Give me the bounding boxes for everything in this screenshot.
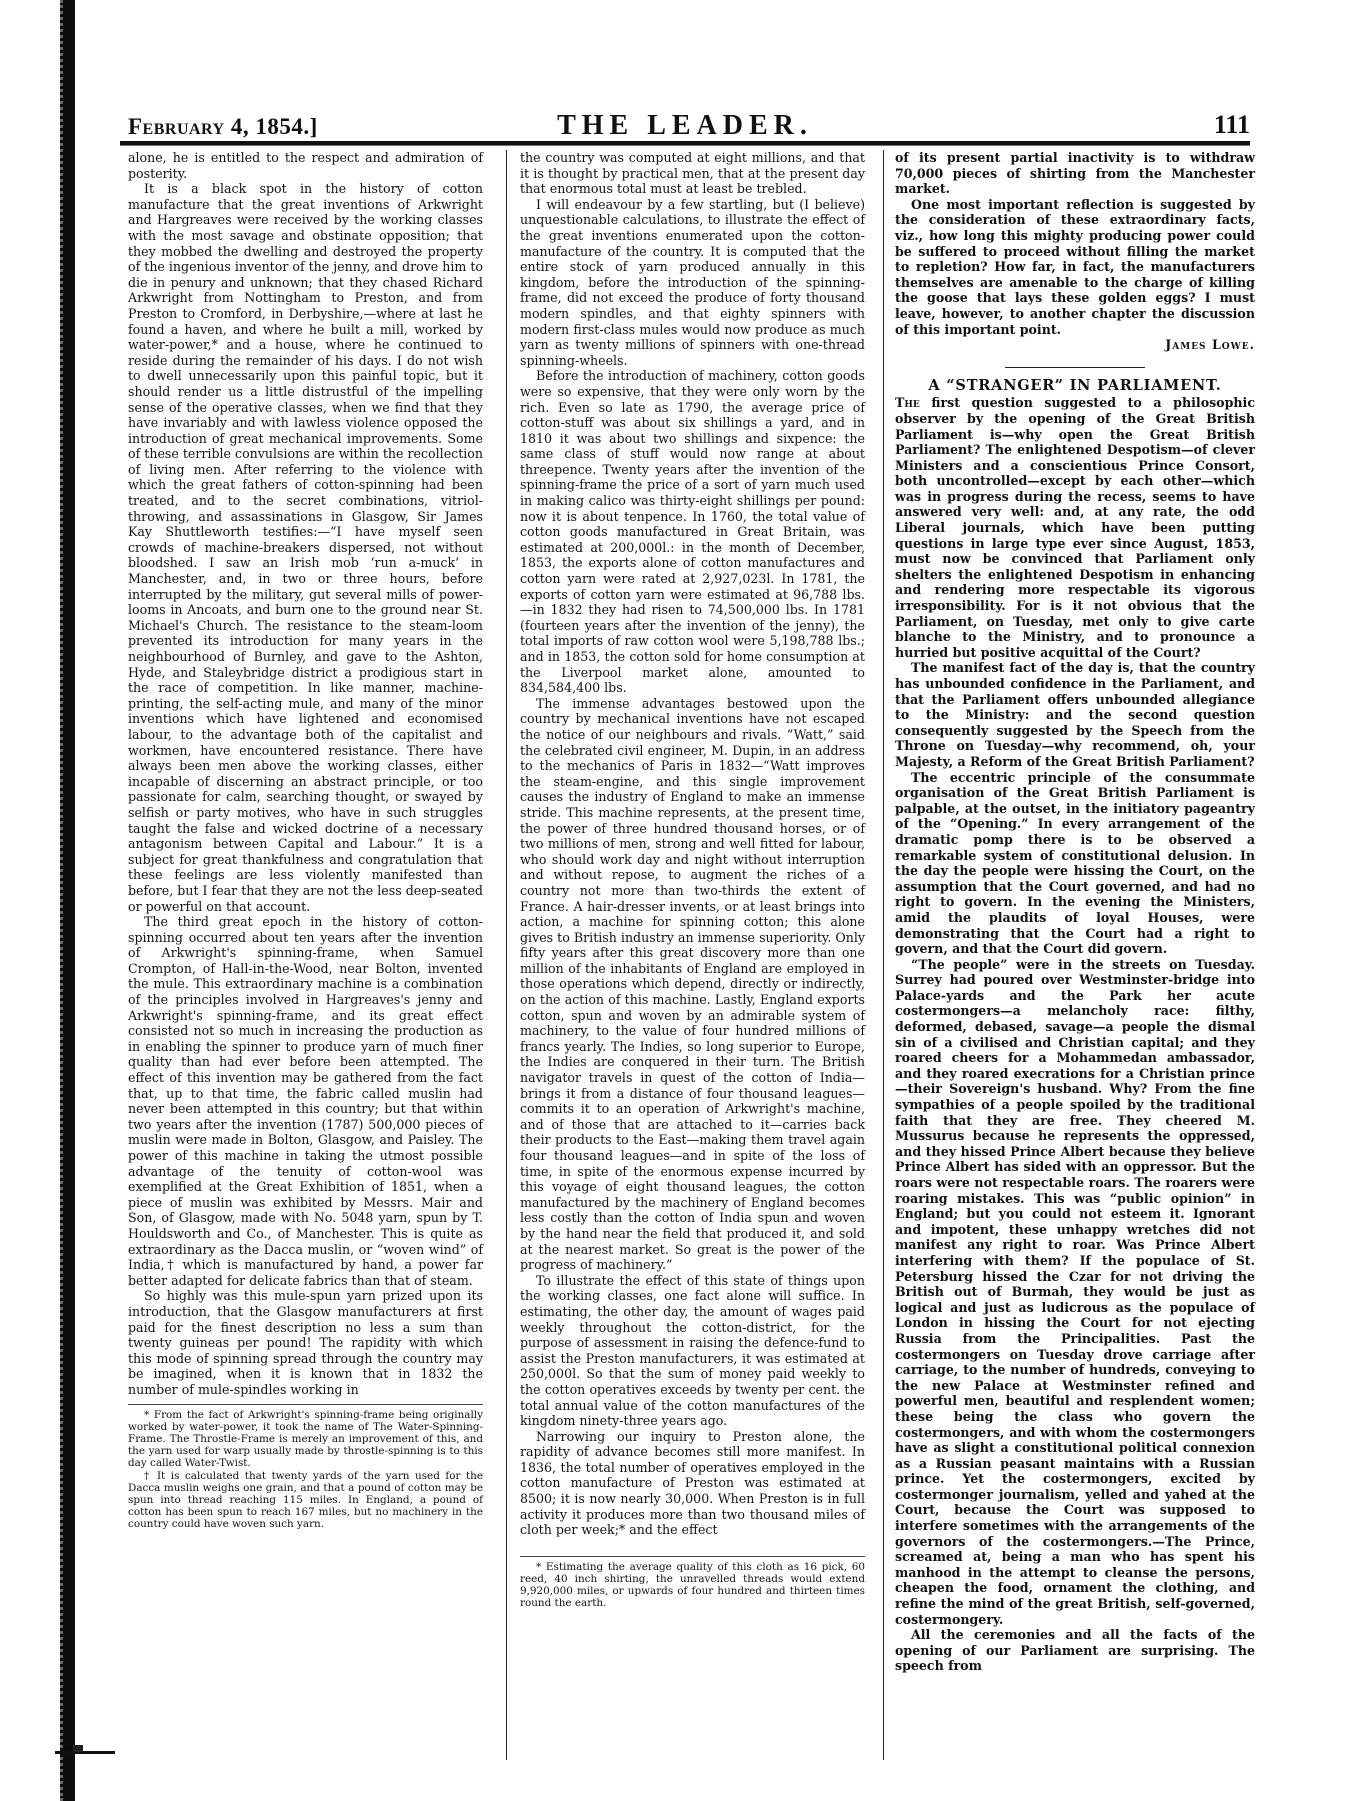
- paragraph: It is a black spot in the history of cot…: [128, 181, 483, 914]
- newspaper-title: THE LEADER.: [120, 110, 1250, 142]
- footnote: * Estimating the average quality of this…: [520, 1561, 865, 1610]
- lead-word: The: [895, 395, 920, 410]
- paragraph: the country was computed at eight millio…: [520, 150, 865, 197]
- footnote: † It is calculated that twenty yards of …: [128, 1470, 483, 1531]
- column-2-footnotes: * Estimating the average quality of this…: [520, 1561, 865, 1610]
- page-number: 111: [1214, 110, 1250, 140]
- column-2: the country was computed at eight millio…: [520, 150, 865, 1610]
- paragraph: To illustrate the effect of this state o…: [520, 1273, 865, 1429]
- column-divider: [506, 150, 507, 1760]
- paragraph: “The people” were in the streets on Tues…: [895, 957, 1255, 1628]
- footnote: * From the fact of Arkwright's spinning-…: [128, 1409, 483, 1470]
- column-1-body: alone, he is entitled to the respect and…: [128, 150, 483, 1398]
- paragraph: The manifest fact of the day is, that th…: [895, 660, 1255, 769]
- column-1-footnotes: * From the fact of Arkwright's spinning-…: [128, 1409, 483, 1531]
- masthead: February 4, 1854.] THE LEADER. 111: [120, 108, 1250, 142]
- paragraph: All the ceremonies and all the facts of …: [895, 1627, 1255, 1674]
- column-3-article-body: The manifest fact of the day is, that th…: [895, 660, 1255, 1674]
- article-lead-paragraph: The first question suggested to a philos…: [895, 395, 1255, 660]
- column-2-body: the country was computed at eight millio…: [520, 150, 865, 1538]
- paragraph: alone, he is entitled to the respect and…: [128, 150, 483, 181]
- paragraph: The eccentric principle of the consummat…: [895, 770, 1255, 957]
- paragraph: The immense advantages bestowed upon the…: [520, 696, 865, 1273]
- article-headline: A “STRANGER” IN PARLIAMENT.: [895, 378, 1255, 394]
- paragraph: Before the introduction of machinery, co…: [520, 368, 865, 695]
- paragraph: Narrowing our inquiry to Preston alone, …: [520, 1429, 865, 1538]
- masthead-rule: [120, 141, 1250, 146]
- paragraph: I will endeavour by a few startling, but…: [520, 197, 865, 369]
- scan-binding-edge: [60, 0, 75, 1801]
- paragraph: So highly was this mule-spun yarn prized…: [128, 1288, 483, 1397]
- article-separator: [1005, 367, 1145, 368]
- column-3: of its present partial inactivity is to …: [895, 150, 1255, 1674]
- scan-artifact: [55, 1745, 115, 1755]
- column-divider: [883, 150, 884, 1760]
- author-signature: James Lowe.: [895, 337, 1255, 353]
- lead-text: first question suggested to a philosophi…: [895, 395, 1255, 660]
- paragraph: One most important reflection is suggest…: [895, 197, 1255, 337]
- footnote-rule: [520, 1556, 865, 1557]
- column-3-article-end: of its present partial inactivity is to …: [895, 150, 1255, 337]
- paragraph: of its present partial inactivity is to …: [895, 150, 1255, 197]
- footnote-rule: [128, 1404, 483, 1405]
- paragraph: The third great epoch in the history of …: [128, 914, 483, 1288]
- column-1: alone, he is entitled to the respect and…: [128, 150, 483, 1531]
